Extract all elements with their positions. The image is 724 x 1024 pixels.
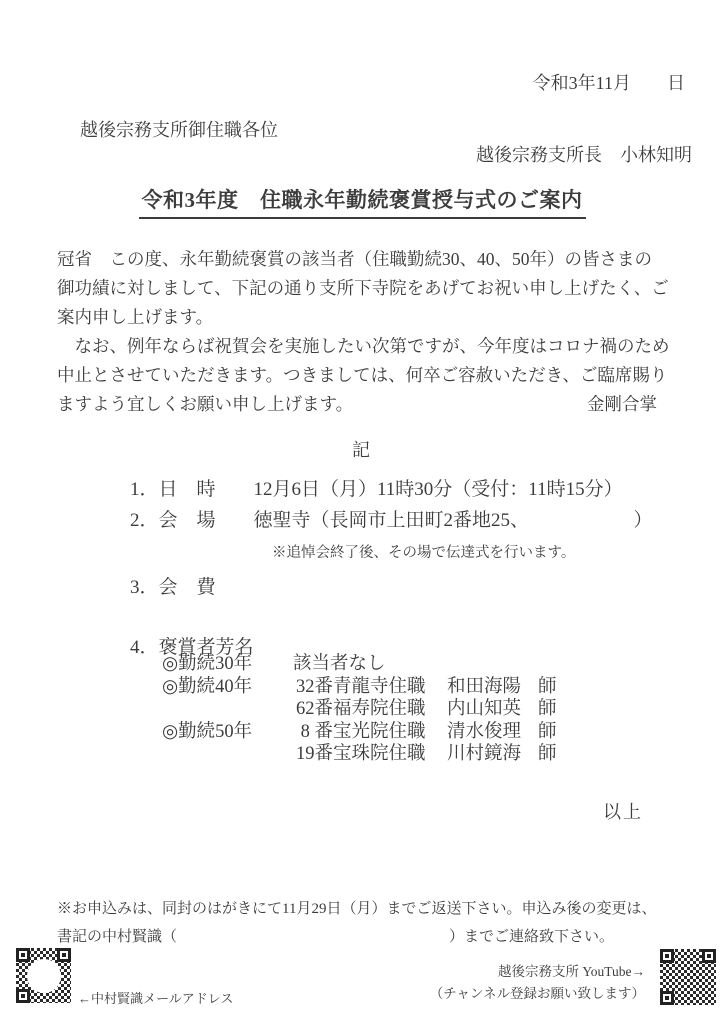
body-line-1: 冠省 この度、永年勤続褒賞の該当者（住職勤続30、40、50年）の皆さまの bbox=[57, 245, 657, 274]
roster-temple: 宝珠院住職 bbox=[333, 743, 447, 766]
roster-honorific: 師 bbox=[538, 721, 557, 744]
qr-center-blank-circle bbox=[27, 959, 61, 993]
signoff: 金剛合掌 bbox=[587, 390, 657, 419]
roster-temple: 宝光院住職 bbox=[333, 721, 447, 744]
qr-finder-icon bbox=[660, 991, 674, 1005]
roster-row-50b: 19番 宝珠院住職 川村鏡海 師 bbox=[162, 743, 557, 766]
body-line-4: なお、例年ならば祝賀会を実施したい次第ですが、今年度はコロナ禍のため bbox=[57, 332, 657, 361]
roster-year: ◎勤続40年 bbox=[162, 676, 293, 699]
roster-row-40a: ◎勤続40年 32番 青龍寺住職 和田海陽 師 bbox=[162, 676, 557, 699]
qr-finder-icon bbox=[16, 948, 30, 962]
roster-name: 内山知英 bbox=[447, 698, 538, 721]
roster-year bbox=[162, 698, 293, 721]
qr-finder-icon bbox=[57, 948, 71, 962]
roster-row-30: ◎勤続30年 該当者なし bbox=[162, 653, 557, 676]
item-fee: 3．会 費 bbox=[130, 572, 216, 599]
qr-finder-icon bbox=[16, 989, 30, 1003]
roster-number: 8 番 bbox=[293, 721, 333, 744]
roster-name: 清水俊理 bbox=[447, 721, 538, 744]
body-line-2: 御功績に対しまして、下記の通り支所下寺院をあげてお祝い申し上げたく、ご bbox=[57, 274, 657, 303]
qr-code-email-icon bbox=[16, 948, 71, 1003]
page-title: 令和3年度 住職永年勤続褒賞授与式のご案内 bbox=[139, 184, 586, 219]
scanned-letter-page: 令和3年11月 日 越後宗務支所御住職各位 越後宗務支所長 小林知明 令和3年度… bbox=[0, 0, 724, 1024]
record-heading: 記 bbox=[0, 436, 724, 462]
qr-finder-icon bbox=[702, 949, 716, 963]
body-text: 冠省 この度、永年勤続褒賞の該当者（住職勤続30、40、50年）の皆さまの 御功… bbox=[57, 245, 657, 419]
sender-line: 越後宗務支所長 小林知明 bbox=[476, 141, 692, 167]
roster-number: 32番 bbox=[293, 676, 333, 699]
contact-suffix: ）までご連絡致下さい。 bbox=[449, 925, 614, 946]
application-note-line1: ※お申込みは、同封のはがきにて11月29日（月）までご返送下さい。申込み後の変更… bbox=[57, 897, 656, 918]
contact-blank-space bbox=[177, 925, 449, 946]
roster-number: 62番 bbox=[293, 698, 333, 721]
qr-code-youtube-icon bbox=[660, 949, 716, 1005]
body-line-5: 中止とさせていただきます。つきましては、何卒ご容赦いただき、ご臨席賜り bbox=[57, 361, 657, 390]
body-line-3: 案内申し上げます。 bbox=[57, 303, 657, 332]
roster-name: 和田海陽 bbox=[447, 676, 538, 699]
title-row: 令和3年度 住職永年勤続褒賞授与式のご案内 bbox=[0, 184, 724, 219]
addressee-line: 越後宗務支所御住職各位 bbox=[80, 116, 278, 142]
roster-row-50a: ◎勤続50年 8 番 宝光院住職 清水俊理 師 bbox=[162, 721, 557, 744]
contact-prefix: 書記の中村賢識（ bbox=[57, 925, 177, 946]
roster-honorific: 師 bbox=[538, 743, 557, 766]
application-note-line2: 書記の中村賢識（ ）までご連絡致下さい。 bbox=[57, 925, 614, 946]
roster-row-40b: 62番 福寿院住職 内山知英 師 bbox=[162, 698, 557, 721]
roster-year: ◎勤続50年 bbox=[162, 721, 293, 744]
body-line-6-text: ますよう宜しくお願い申し上げます。 bbox=[57, 390, 353, 419]
roster-honorific: 師 bbox=[538, 698, 557, 721]
roster-temple: 福寿院住職 bbox=[333, 698, 447, 721]
body-line-6: ますよう宜しくお願い申し上げます。 金剛合掌 bbox=[57, 390, 657, 419]
roster-honorific: 師 bbox=[538, 676, 557, 699]
item-datetime: 1．日 時 12月6日（月）11時30分（受付：11時15分） bbox=[130, 474, 623, 501]
roster-number: 19番 bbox=[293, 743, 333, 766]
venue-note: ※追悼会終了後、その場で伝達式を行います。 bbox=[272, 541, 575, 562]
youtube-caption-line1: 越後宗務支所 YouTube→ bbox=[430, 961, 645, 983]
youtube-caption: 越後宗務支所 YouTube→ （チャンネル登録お願い致します） bbox=[430, 961, 645, 1005]
roster-note: 該当者なし bbox=[293, 653, 557, 676]
roster-year: ◎勤続30年 bbox=[162, 653, 293, 676]
youtube-caption-line2: （チャンネル登録お願い致します） bbox=[430, 983, 645, 1005]
roster-name: 川村鏡海 bbox=[447, 743, 538, 766]
closing-ijou: 以上 bbox=[603, 798, 643, 824]
awardee-roster: ◎勤続30年 該当者なし ◎勤続40年 32番 青龍寺住職 和田海陽 師 62番… bbox=[162, 653, 557, 766]
qr-left-caption: ←中村賢識メールアドレス bbox=[78, 988, 233, 1007]
roster-temple: 青龍寺住職 bbox=[333, 676, 447, 699]
qr-finder-icon bbox=[660, 949, 674, 963]
item-venue: 2．会 場 徳聖寺（長岡市上田町2番地25、 ） bbox=[130, 505, 653, 532]
date-line: 令和3年11月 日 bbox=[533, 69, 685, 95]
roster-year bbox=[162, 743, 293, 766]
